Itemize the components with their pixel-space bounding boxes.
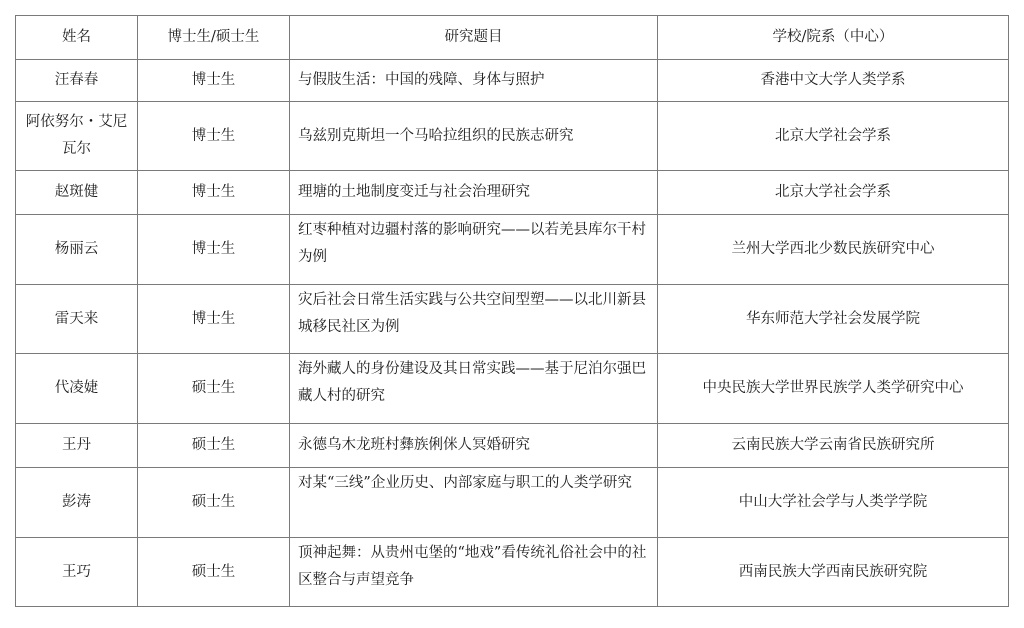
cell-name: 赵斑健 bbox=[16, 171, 138, 215]
header-topic: 研究题目 bbox=[290, 16, 658, 60]
cell-topic: 永德乌木龙班村彝族俐侎人冥婚研究 bbox=[290, 424, 658, 468]
cell-degree: 博士生 bbox=[138, 60, 290, 102]
cell-degree: 博士生 bbox=[138, 102, 290, 171]
header-degree: 博士生/硕士生 bbox=[138, 16, 290, 60]
cell-institution: 云南民族大学云南省民族研究所 bbox=[658, 424, 1009, 468]
cell-topic: 顶神起舞：从贵州屯堡的“地戏”看传统礼俗社会中的社区整合与声望竞争 bbox=[290, 538, 658, 607]
cell-name: 王巧 bbox=[16, 538, 138, 607]
table-row: 彭涛 硕士生 对某“三线”企业历史、内部家庭与职工的人类学研究 中山大学社会学与… bbox=[16, 468, 1009, 538]
cell-topic: 对某“三线”企业历史、内部家庭与职工的人类学研究 bbox=[290, 468, 658, 538]
cell-topic: 海外藏人的身份建设及其日常实践——基于尼泊尔强巴藏人村的研究 bbox=[290, 354, 658, 424]
cell-name: 王丹 bbox=[16, 424, 138, 468]
cell-degree: 博士生 bbox=[138, 285, 290, 354]
table-row: 王巧 硕士生 顶神起舞：从贵州屯堡的“地戏”看传统礼俗社会中的社区整合与声望竞争… bbox=[16, 538, 1009, 607]
cell-topic: 与假肢生活：中国的残障、身体与照护 bbox=[290, 60, 658, 102]
table-row: 汪春春 博士生 与假肢生活：中国的残障、身体与照护 香港中文大学人类学系 bbox=[16, 60, 1009, 102]
cell-degree: 硕士生 bbox=[138, 468, 290, 538]
table-header-row: 姓名 博士生/硕士生 研究题目 学校/院系（中心） bbox=[16, 16, 1009, 60]
cell-name: 阿依努尔・艾尼瓦尔 bbox=[16, 102, 138, 171]
cell-topic: 乌兹别克斯坦一个马哈拉组织的民族志研究 bbox=[290, 102, 658, 171]
cell-institution: 北京大学社会学系 bbox=[658, 171, 1009, 215]
cell-name: 雷天来 bbox=[16, 285, 138, 354]
cell-institution: 香港中文大学人类学系 bbox=[658, 60, 1009, 102]
cell-degree: 硕士生 bbox=[138, 538, 290, 607]
cell-institution: 华东师范大学社会发展学院 bbox=[658, 285, 1009, 354]
student-research-table: 姓名 博士生/硕士生 研究题目 学校/院系（中心） 汪春春 博士生 与假肢生活：… bbox=[15, 15, 1009, 607]
table-row: 杨丽云 博士生 红枣种植对边疆村落的影响研究——以若羌县库尔干村为例 兰州大学西… bbox=[16, 215, 1009, 285]
cell-name: 代凌婕 bbox=[16, 354, 138, 424]
cell-institution: 北京大学社会学系 bbox=[658, 102, 1009, 171]
cell-degree: 博士生 bbox=[138, 171, 290, 215]
cell-degree: 博士生 bbox=[138, 215, 290, 285]
cell-institution: 中山大学社会学与人类学学院 bbox=[658, 468, 1009, 538]
cell-degree: 硕士生 bbox=[138, 424, 290, 468]
cell-name: 彭涛 bbox=[16, 468, 138, 538]
cell-name: 汪春春 bbox=[16, 60, 138, 102]
cell-topic: 灾后社会日常生活实践与公共空间型塑——以北川新县城移民社区为例 bbox=[290, 285, 658, 354]
cell-institution: 兰州大学西北少数民族研究中心 bbox=[658, 215, 1009, 285]
table-row: 雷天来 博士生 灾后社会日常生活实践与公共空间型塑——以北川新县城移民社区为例 … bbox=[16, 285, 1009, 354]
header-institution: 学校/院系（中心） bbox=[658, 16, 1009, 60]
cell-institution: 西南民族大学西南民族研究院 bbox=[658, 538, 1009, 607]
header-name: 姓名 bbox=[16, 16, 138, 60]
table-row: 阿依努尔・艾尼瓦尔 博士生 乌兹别克斯坦一个马哈拉组织的民族志研究 北京大学社会… bbox=[16, 102, 1009, 171]
cell-name: 杨丽云 bbox=[16, 215, 138, 285]
table-row: 王丹 硕士生 永德乌木龙班村彝族俐侎人冥婚研究 云南民族大学云南省民族研究所 bbox=[16, 424, 1009, 468]
cell-topic: 红枣种植对边疆村落的影响研究——以若羌县库尔干村为例 bbox=[290, 215, 658, 285]
table-row: 代凌婕 硕士生 海外藏人的身份建设及其日常实践——基于尼泊尔强巴藏人村的研究 中… bbox=[16, 354, 1009, 424]
table-row: 赵斑健 博士生 理塘的土地制度变迁与社会治理研究 北京大学社会学系 bbox=[16, 171, 1009, 215]
cell-institution: 中央民族大学世界民族学人类学研究中心 bbox=[658, 354, 1009, 424]
cell-topic: 理塘的土地制度变迁与社会治理研究 bbox=[290, 171, 658, 215]
cell-degree: 硕士生 bbox=[138, 354, 290, 424]
